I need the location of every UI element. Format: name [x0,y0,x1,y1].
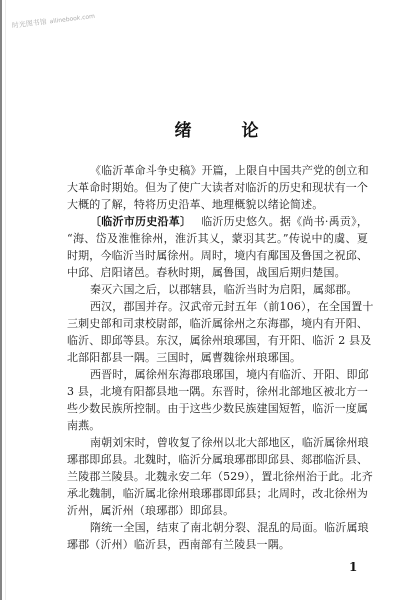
text-line: 中邱、启阳诸邑。春秋时期，属鲁国，战国后期归楚国。 [67,264,368,281]
text-line: 兰陵郡兰陵县。北魏永安二年（529），置北徐州治于此。北齐 [67,468,368,485]
text-line: 大概的了解，特将历史沿革、地理概貌以绪论简述。 [67,196,368,213]
text-line: 琊郡（沂州）临沂县，西南部有兰陵县一隅。 [67,536,368,553]
watermark-name: 时光图书馆 [11,18,47,30]
text-line: 南燕。 [67,417,368,434]
chapter-title-char-1: 绪 [175,121,192,141]
text-line-content: 临沂历史悠久。据《尚书·禹贡》， [201,215,368,228]
text-line: 西汉，郡国并存。汉武帝元封五年（前106），在全国置十 [67,298,368,315]
text-line: 承北魏制，临沂属北徐州琅琊郡即邱县；北周时，改北徐州为 [67,485,368,502]
text-line: 〔临沂市历史沿革〕临沂历史悠久。据《尚书·禹贡》， [67,213,368,230]
text-line: 《临沂革命斗争史稿》开篇，上限自中国共产党的创立和 [67,162,368,179]
watermark-site: allinebook.com [49,13,95,25]
text-line: 西晋时，属徐州东海郡琅琊国，境内有临沂、开阳、即邱 [67,366,368,383]
body-text: 《临沂革命斗争史稿》开篇，上限自中国共产党的创立和 大革命时期始。但为了使广大读… [67,162,368,553]
scan-edge-line [5,0,6,600]
text-line: 大革命时期始。但为了使广大读者对临沂的历史和现状有一个 [67,179,368,196]
text-line: “海、岱及淮惟徐州，淮沂其乂，蒙羽其艺。”传说中的虞、夏 [67,230,368,247]
text-line: 隋统一全国，结束了南北朝分裂、混乱的局面。临沂属琅 [67,519,368,536]
text-line: 3 县，北境有阳都县地一隅。东晋时，徐州北部地区被北方一 [67,383,368,400]
watermark: 时光图书馆allinebook.com [11,12,95,31]
chapter-title: 绪 论 [175,121,259,141]
text-line: 沂州，属沂州（琅琊郡）即邱县。 [67,502,368,519]
scan-edge-bar [0,0,2,600]
text-line: 些少数民族所控制。由于这些少数民族建国短暂，临沂一度属 [67,400,368,417]
text-line: 三刺史部和司隶校尉部，临沂属徐州之东海郡，境内有开阳、 [67,315,368,332]
text-line: 北部阳都县一隅。三国时，属曹魏徐州琅琊国。 [67,349,368,366]
book-page: 时光图书馆allinebook.com 绪 论 《临沂革命斗争史稿》开篇，上限自… [0,0,420,600]
text-line: 琊郡即邱县。北魏时，临沂分属琅琊郡即邱县、郯郡临沂县、 [67,451,368,468]
page-number: 1 [349,559,357,575]
chapter-title-char-2: 论 [242,121,259,141]
section-heading: 〔临沂市历史沿革〕 [90,215,191,228]
text-line: 南朝刘宋时，曾收复了徐州以北大部地区，临沂属徐州琅 [67,434,368,451]
text-line: 时期，今临沂当时属徐州。周时，境内有鄅国及鲁国之祝邱、 [67,247,368,264]
text-line: 秦灭六国之后，以郡辖县，临沂当时为启阳，属郯郡。 [67,281,368,298]
text-line: 临沂、即邱等县。东汉，属徐州琅琊国，有开阳、临沂 2 县及 [67,332,368,349]
